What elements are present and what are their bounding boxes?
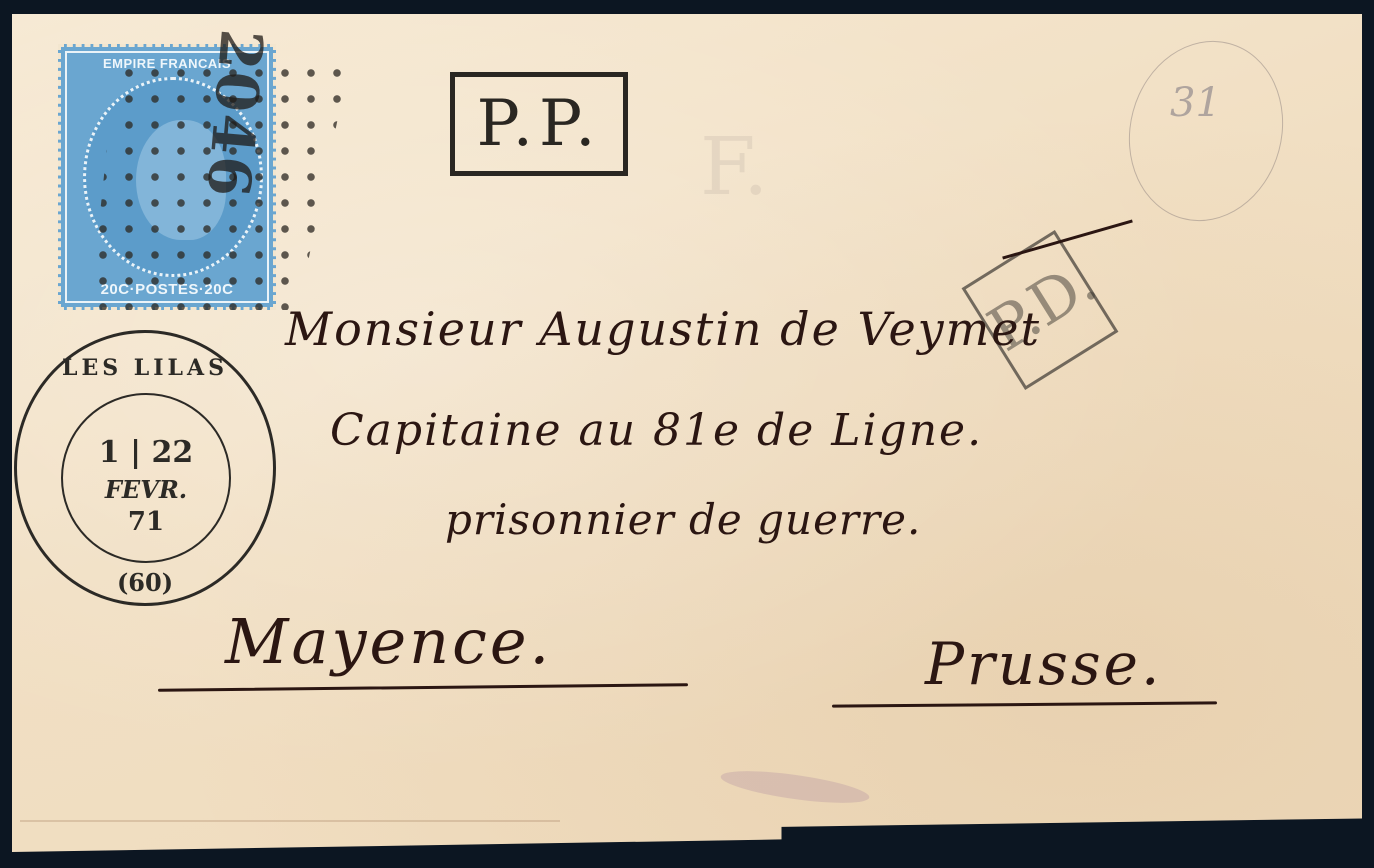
pencil-note: 31 bbox=[1170, 80, 1221, 126]
postmark-day: 1 | 22 bbox=[63, 435, 229, 470]
address-country: Prusse. bbox=[925, 630, 1162, 698]
faint-mark: F. bbox=[700, 120, 768, 213]
address-line-3: prisonnier de guerre. bbox=[445, 495, 921, 544]
postmark-inner-ring: 1 | 22 FEVR. 71 bbox=[61, 393, 231, 563]
address-line-2: Capitaine au 81e de Ligne. bbox=[330, 405, 983, 456]
address-line-1: Monsieur Augustin de Veymet bbox=[285, 302, 1041, 356]
postmark-town: LES LILAS bbox=[17, 355, 273, 381]
postmark-day-prefix: 1 bbox=[99, 435, 120, 470]
postmark-year: 71 bbox=[63, 507, 229, 537]
address-city: Mayence. bbox=[225, 605, 552, 678]
date-stamp: LES LILAS 1 | 22 FEVR. 71 (60) bbox=[14, 330, 276, 606]
pp-boxed-marking: P.P. bbox=[450, 72, 628, 176]
postmark-month: FEVR. bbox=[63, 475, 229, 504]
postmark-department: (60) bbox=[17, 568, 273, 597]
postmark-day-number: 22 bbox=[151, 435, 193, 470]
fold-line bbox=[20, 820, 560, 822]
